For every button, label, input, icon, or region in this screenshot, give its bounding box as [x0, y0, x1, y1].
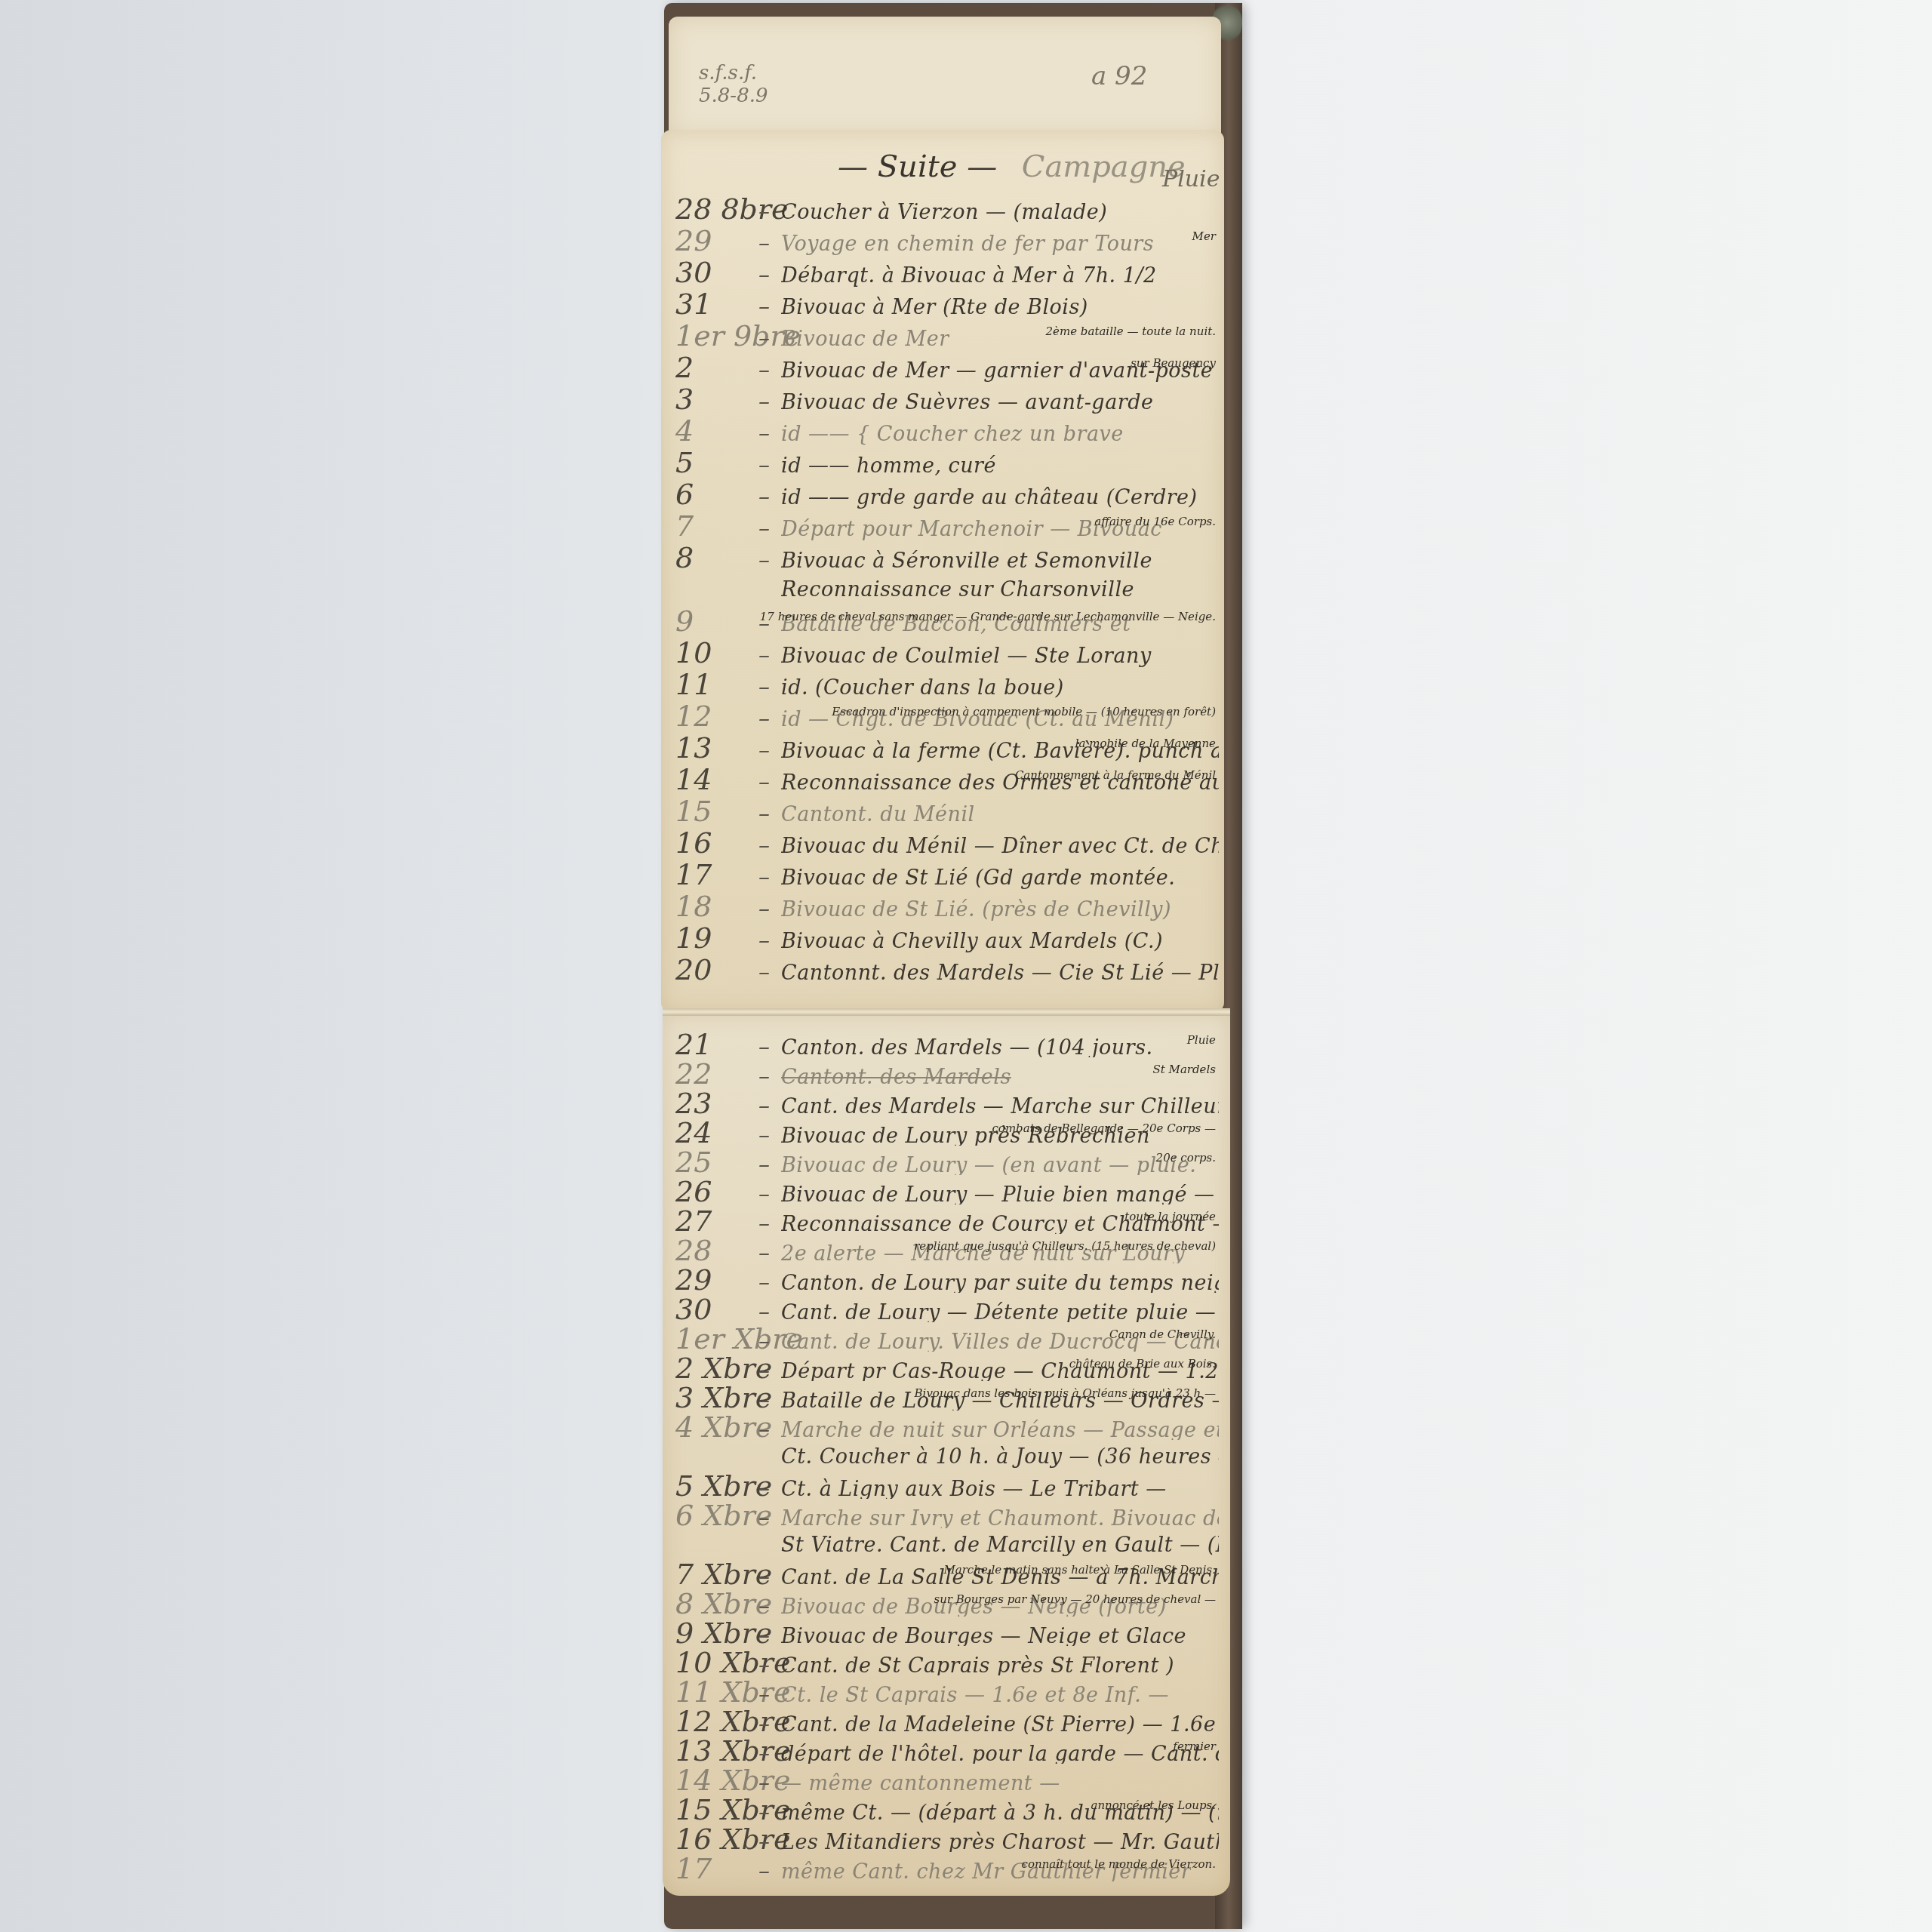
entry-text: Les Mitandiers près Charost — Mr. Gauthi…: [781, 1826, 1219, 1852]
entry-margin-note: Marche le matin sans halte à La Salle St…: [943, 1558, 1216, 1587]
entry-dash: –: [758, 1148, 781, 1175]
entry-date: 1er Xbre: [675, 1322, 758, 1352]
entry-date: 4 Xbre: [675, 1411, 758, 1440]
entry-date: 29: [675, 224, 758, 256]
diary-entry: 19–Bivouac à Chevilly aux Mardels (C.): [675, 921, 1219, 953]
diary-entry: 12–id — Chgt. de Bivouac (Ct. au Ménil)E…: [675, 700, 1219, 731]
entry-dash: –: [758, 195, 781, 224]
entry-dash: –: [758, 1324, 781, 1352]
back-page: s.f.s.f. 5.8-8.9 a 92: [669, 17, 1221, 137]
entry-dash: –: [758, 1060, 781, 1087]
entry-text: Cant. des Mardels — Marche sur Chilleurs…: [781, 1090, 1219, 1116]
entry-date: 8 Xbre: [675, 1587, 758, 1617]
entry-dash: –: [758, 1266, 781, 1293]
entry-date: 15: [675, 795, 758, 826]
diary-entry: 15 Xbre–même Ct. — (départ à 3 h. du mat…: [675, 1793, 1219, 1823]
entry-margin-note: 17 heures de cheval sans manger — Grande…: [760, 605, 1216, 634]
entry-margin-note: sur Bourges par Neuvy — 20 heures de che…: [934, 1587, 1217, 1617]
entry-dash: –: [758, 480, 781, 509]
entry-text: Bivouac à Chevilly aux Mardels (C.): [781, 924, 1163, 953]
entry-date: 30: [675, 1293, 758, 1322]
entry-date: 3 Xbre: [675, 1381, 758, 1411]
entry-text: départ de l'hôtel. pour la garde — Cant.…: [781, 1737, 1219, 1764]
entry-text: Ct. à Ligny aux Bois — Le Tribart —: [781, 1472, 1167, 1499]
entry-dash: –: [758, 226, 781, 256]
entry-date: 21: [675, 1028, 758, 1057]
entry-text: Bivouac de Mer: [781, 322, 949, 351]
entry-dash: –: [758, 1766, 781, 1793]
entry-dash: –: [758, 860, 781, 890]
lower-entries-list: 21–Canton. des Mardels — (104 jours.Plui…: [675, 1028, 1219, 1881]
corner-note-line: 5.8-8.9: [699, 85, 768, 107]
diary-entry: 14 Xbre–— même cantonnement —: [675, 1764, 1219, 1793]
entry-date: 2 Xbre: [675, 1352, 758, 1381]
entry-dash: –: [758, 955, 781, 985]
corner-note-line: s.f.s.f.: [699, 62, 768, 85]
entry-dash: –: [758, 1825, 781, 1852]
entry-text: Cantont. du Ménil: [781, 798, 975, 826]
entry-dash: –: [758, 1589, 781, 1617]
entry-date: 16 Xbre: [675, 1823, 758, 1852]
diary-entry: 30–Débarqt. à Bivouac à Mer à 7h. 1/2: [675, 256, 1219, 288]
diary-entry: 3 Xbre–Bataille de Loury — Chilleurs — O…: [675, 1381, 1219, 1411]
heading-right-note: Pluie: [1162, 166, 1220, 192]
entry-date: 20: [675, 953, 758, 985]
entry-dash: –: [758, 1560, 781, 1587]
entry-margin-note: Mer: [1192, 224, 1216, 254]
diary-entry: 9–Bataille de Baccon, Coulmiers et17 heu…: [675, 605, 1219, 636]
diary-entry: 13 Xbre–départ de l'hôtel. pour la garde…: [675, 1734, 1219, 1764]
entry-dash: –: [758, 448, 781, 478]
diary-entry: 8–Bivouac à Séronville et Semonville: [675, 541, 1219, 573]
entry-dash: –: [758, 1383, 781, 1411]
page-fold: [663, 1008, 1230, 1016]
corner-note-left: s.f.s.f. 5.8-8.9: [699, 62, 768, 107]
entry-date: 9: [675, 605, 758, 636]
entry-text: Marche sur Ivry et Chaumont. Bivouac de: [781, 1502, 1219, 1528]
entry-date: 16: [675, 826, 758, 858]
entry-text: Marche de nuit sur Orléans — Passage et: [781, 1414, 1219, 1440]
entry-text: Bivouac de St Lié (Gd garde montée.: [781, 861, 1175, 890]
entry-date: 24: [675, 1116, 758, 1146]
entry-margin-note: St Mardels: [1152, 1057, 1216, 1087]
entry-margin-note: connaît tout le monde de Vierzon.: [1022, 1852, 1216, 1881]
entry-dash: –: [758, 1648, 781, 1675]
entry-dash: –: [758, 1295, 781, 1322]
entry-margin-note: château de Brie aux Bois.: [1069, 1352, 1216, 1381]
entry-date: 11 Xbre: [675, 1675, 758, 1705]
entry-margin-note: Pluie: [1187, 1028, 1216, 1057]
entry-dash: –: [758, 353, 781, 383]
diary-entry: 4–id —— { Coucher chez un brave: [675, 414, 1219, 446]
diary-entry: 6 Xbre–Marche sur Ivry et Chaumont. Bivo…: [675, 1499, 1219, 1528]
diary-entry: 24–Bivouac de Loury près Rebrechiencomba…: [675, 1116, 1219, 1146]
diary-entry: 5 Xbre–Ct. à Ligny aux Bois — Le Tribart…: [675, 1469, 1219, 1499]
entry-text: Ct. Coucher à 10 h. à Jouy — (36 heures …: [781, 1440, 1219, 1469]
diary-entry: 2 Xbre–Départ pr Cas-Rouge — Chaumont — …: [675, 1352, 1219, 1381]
entry-date: 19: [675, 921, 758, 953]
entry-margin-note: Escadron d'inspection à campement mobile…: [832, 700, 1216, 729]
diary-entry: 30–Cant. de Loury — Détente petite pluie…: [675, 1293, 1219, 1322]
entry-dash: –: [758, 734, 781, 763]
entry-text: id —— { Coucher chez un brave: [781, 417, 1124, 446]
entry-date: 29: [675, 1263, 758, 1293]
diary-entry: 5–id —— homme, curé: [675, 446, 1219, 478]
entry-dash: –: [758, 1030, 781, 1057]
diary-entry: 6–id —— grde garde au château (Cerdre): [675, 478, 1219, 509]
entry-text: — même cantonnement —: [781, 1767, 1060, 1793]
entry-date: 25: [675, 1146, 758, 1175]
entry-date: 5 Xbre: [675, 1469, 758, 1499]
entry-margin-note: Cantonnement à la ferme du Ménil: [1015, 763, 1216, 792]
entry-margin-note: repliant que jusqu'à Chilleurs. (15 heur…: [914, 1234, 1216, 1263]
entry-date: 10 Xbre: [675, 1646, 758, 1675]
entry-date: 22: [675, 1057, 758, 1087]
diary-entry: Reconnaissance sur Charsonville: [675, 573, 1219, 605]
diary-entry: St Viatre. Cant. de Marcilly en Gault — …: [675, 1528, 1219, 1558]
entry-dash: –: [758, 829, 781, 858]
entry-date: 23: [675, 1087, 758, 1116]
diary-entry: 23–Cant. des Mardels — Marche sur Chille…: [675, 1087, 1219, 1116]
entry-date: 18: [675, 890, 758, 921]
diary-entry: 10–Bivouac de Coulmiel — Ste Lorany: [675, 636, 1219, 668]
entry-margin-note: Canon de Chevilly.: [1109, 1322, 1216, 1352]
entry-dash: –: [758, 1737, 781, 1764]
diary-entry: 18–Bivouac de St Lié. (près de Chevilly): [675, 890, 1219, 921]
diary-entry: 27–Reconnaissance de Courcy et Chalmont …: [675, 1204, 1219, 1234]
entry-date: 10: [675, 636, 758, 668]
entry-date: 8: [675, 541, 758, 573]
entry-date: 17: [675, 858, 758, 890]
entry-dash: –: [758, 1501, 781, 1528]
diary-entry: 26–Bivouac de Loury — Pluie bien mangé —: [675, 1175, 1219, 1204]
entry-dash: –: [758, 1089, 781, 1116]
entry-date: 12: [675, 700, 758, 731]
entry-dash: –: [758, 543, 781, 573]
entry-text: Bivouac à Mer (Rte de Blois): [781, 291, 1088, 319]
entry-dash: –: [758, 638, 781, 668]
diary-entry: 20–Cantonnt. des Mardels — Cie St Lié — …: [675, 953, 1219, 985]
entry-dash: –: [758, 385, 781, 414]
entry-text: Cantonnt. des Mardels — Cie St Lié — Plu…: [781, 956, 1219, 985]
entry-dash: –: [758, 417, 781, 446]
entry-date: 7 Xbre: [675, 1558, 758, 1587]
entry-dash: –: [758, 1795, 781, 1823]
entry-dash: –: [758, 1678, 781, 1705]
entry-dash: –: [758, 1413, 781, 1440]
diary-entry: 21–Canton. des Mardels — (104 jours.Plui…: [675, 1028, 1219, 1057]
diary-entry: 9 Xbre–Bivouac de Bourges — Neige et Gla…: [675, 1617, 1219, 1646]
entry-text: Débarqt. à Bivouac à Mer à 7h. 1/2: [781, 259, 1157, 288]
entry-text: id. (Coucher dans la boue): [781, 671, 1064, 700]
diary-entry: 10 Xbre–Cant. de St Caprais près St Flor…: [675, 1646, 1219, 1675]
entry-dash: –: [758, 512, 781, 541]
entry-date: 27: [675, 1204, 758, 1234]
heading-faint-text: Campagne: [1022, 149, 1186, 184]
diary-entry: 16 Xbre–Les Mitandiers près Charost — Mr…: [675, 1823, 1219, 1852]
entry-margin-note: sur Beaugency: [1131, 351, 1216, 380]
entry-dash: –: [758, 1177, 781, 1204]
upper-entries-list: 28 8bre–Coucher à Vierzon — (malade)29–V…: [675, 192, 1219, 985]
entry-dash: –: [758, 702, 781, 731]
entry-dash: –: [758, 924, 781, 953]
diary-entry: 29–Canton. de Loury par suite du temps n…: [675, 1263, 1219, 1293]
entry-dash: –: [758, 1207, 781, 1234]
entry-margin-note: annoncé et les Loups.: [1091, 1793, 1216, 1823]
diary-entry: 22–Cantont. des MardelsSt Mardels: [675, 1057, 1219, 1087]
diary-entry: 29–Voyage en chemin de fer par ToursMer: [675, 224, 1219, 256]
entry-dash: –: [758, 1619, 781, 1646]
corner-note-right: a 92: [1091, 65, 1147, 88]
diary-entry: 17–même Cant. chez Mr Gauthier fermierco…: [675, 1852, 1219, 1881]
entry-dash: –: [758, 290, 781, 319]
entry-text: Bivouac de Suèvres — avant-garde: [781, 386, 1153, 414]
diary-entry: 31–Bivouac à Mer (Rte de Blois): [675, 288, 1219, 319]
heading-text: — Suite —: [838, 149, 997, 184]
diary-entry: 25–Bivouac de Loury — (en avant — pluie.…: [675, 1146, 1219, 1175]
entry-text: Canton. de Loury par suite du temps neig…: [781, 1266, 1219, 1293]
entry-date: 2: [675, 351, 758, 383]
entry-date: 4: [675, 414, 758, 446]
diary-entry: 7–Départ pour Marchenoir — Bivouacaffair…: [675, 509, 1219, 541]
diary-entry: 13–Bivouac à la ferme (Ct. Bavière). pun…: [675, 731, 1219, 763]
entry-date: 1er 9bre: [675, 319, 758, 351]
diary-entry: 28 8bre–Coucher à Vierzon — (malade): [675, 192, 1219, 224]
entry-date: 14: [675, 763, 758, 795]
entry-dash: –: [758, 1854, 781, 1881]
entry-dash: –: [758, 892, 781, 921]
entry-text: Cant. de la Madeleine (St Pierre) — 1.6e…: [781, 1708, 1219, 1734]
entry-dash: –: [758, 1707, 781, 1734]
entry-text: Cant. de St Caprais près St Florent ): [781, 1649, 1174, 1675]
entry-dash: –: [758, 1354, 781, 1381]
entry-margin-note: la mobile de la Mayenne: [1075, 731, 1216, 761]
diary-entry: 11–id. (Coucher dans la boue): [675, 668, 1219, 700]
entry-text: id —— homme, curé: [781, 449, 996, 478]
entry-text: Bivouac de Loury — (en avant — pluie.: [781, 1149, 1196, 1175]
entry-dash: –: [758, 321, 781, 351]
entry-date: 13: [675, 731, 758, 763]
entry-date: 28 8bre: [675, 192, 758, 224]
diary-entry: 14–Reconnaissance des Ormes et cantoné a…: [675, 763, 1219, 795]
entry-text: Cant. de Loury — Détente petite pluie —: [781, 1296, 1216, 1322]
entry-margin-note: 2ème bataille — toute la nuit.: [1046, 319, 1216, 349]
entry-date: 5: [675, 446, 758, 478]
entry-dash: –: [758, 765, 781, 795]
diary-entry: 1er Xbre–Cant. de Loury. Villes de Ducro…: [675, 1322, 1219, 1352]
entry-margin-note: combats de Bellegarde — 20e Corps —: [992, 1116, 1216, 1146]
entry-text: St Viatre. Cant. de Marcilly en Gault — …: [781, 1528, 1219, 1558]
entry-text: Bivouac de Coulmiel — Ste Lorany: [781, 639, 1152, 668]
entry-dash: –: [758, 1118, 781, 1146]
entry-text: Reconnaissance sur Charsonville: [781, 573, 1134, 605]
entry-margin-note: Bivouac dans les bois, puis à Orléans ju…: [915, 1381, 1216, 1411]
diary-entry: 16–Bivouac du Ménil — Dîner avec Ct. de …: [675, 826, 1219, 858]
entry-text: Voyage en chemin de fer par Tours: [781, 227, 1154, 256]
entry-dash: –: [758, 1236, 781, 1263]
entry-text: Bivouac de St Lié. (près de Chevilly): [781, 893, 1171, 921]
entry-date: 15 Xbre: [675, 1793, 758, 1823]
entry-dash: –: [758, 797, 781, 826]
diary-entry: 2–Bivouac de Mer — garnier d'avant-poste…: [675, 351, 1219, 383]
entry-date: 28: [675, 1234, 758, 1263]
entry-margin-note: fermier: [1173, 1734, 1216, 1764]
entry-date: 7: [675, 509, 758, 541]
entry-date: 3: [675, 383, 758, 414]
entry-dash: –: [758, 670, 781, 700]
entry-margin-note: toute la journée: [1124, 1204, 1216, 1234]
diary-entry: 15–Cantont. du Ménil: [675, 795, 1219, 826]
diary-entry: 11 Xbre–Ct. le St Caprais — 1.6e et 8e I…: [675, 1675, 1219, 1705]
entry-text: Bivouac de Loury — Pluie bien mangé —: [781, 1178, 1215, 1204]
entry-text: Bivouac à Séronville et Semonville: [781, 544, 1152, 573]
entry-text: Ct. le St Caprais — 1.6e et 8e Inf. —: [781, 1678, 1169, 1705]
entry-date: 6 Xbre: [675, 1499, 758, 1528]
diary-entry: 17–Bivouac de St Lié (Gd garde montée.: [675, 858, 1219, 890]
entry-date: 9 Xbre: [675, 1617, 758, 1646]
entry-text: Coucher à Vierzon — (malade): [781, 195, 1107, 224]
entry-date: 11: [675, 668, 758, 700]
entry-date: 31: [675, 288, 758, 319]
diary-entry: 4 Xbre–Marche de nuit sur Orléans — Pass…: [675, 1411, 1219, 1440]
entry-date: 6: [675, 478, 758, 509]
diary-entry: 12 Xbre–Cant. de la Madeleine (St Pierre…: [675, 1705, 1219, 1734]
entry-date: 26: [675, 1175, 758, 1204]
diary-entry: 8 Xbre–Bivouac de Bourges — Neige (forte…: [675, 1587, 1219, 1617]
entry-date: 17: [675, 1852, 758, 1881]
entry-dash: –: [758, 1472, 781, 1499]
entry-date: 14 Xbre: [675, 1764, 758, 1793]
page-heading: — Suite — Campagne: [838, 149, 1186, 184]
diary-entry: 3–Bivouac de Suèvres — avant-garde: [675, 383, 1219, 414]
diary-entry: 28–2e alerte — Marche de nuit sur Louryr…: [675, 1234, 1219, 1263]
entry-margin-note: affaire du 16e Corps.: [1094, 509, 1216, 539]
entry-text: Bivouac du Ménil — Dîner avec Ct. de Cha…: [781, 829, 1219, 858]
entry-margin-note: 20e corps.: [1156, 1146, 1216, 1175]
entry-date: 30: [675, 256, 758, 288]
entry-text: Canton. des Mardels — (104 jours.: [781, 1031, 1153, 1057]
diary-entry: 1er 9bre–Bivouac de Mer2ème bataille — t…: [675, 319, 1219, 351]
entry-text: Bivouac de Bourges — Neige et Glace: [781, 1620, 1186, 1646]
entry-text: id —— grde garde au château (Cerdre): [781, 481, 1198, 509]
entry-date: 13 Xbre: [675, 1734, 758, 1764]
diary-entry: 7 Xbre–Cant. de La Salle St Denis — à 7h…: [675, 1558, 1219, 1587]
diary-entry: Ct. Coucher à 10 h. à Jouy — (36 heures …: [675, 1440, 1219, 1469]
entry-date: 12 Xbre: [675, 1705, 758, 1734]
entry-text: Cantont. des Mardels: [781, 1060, 1011, 1087]
entry-dash: –: [758, 258, 781, 288]
